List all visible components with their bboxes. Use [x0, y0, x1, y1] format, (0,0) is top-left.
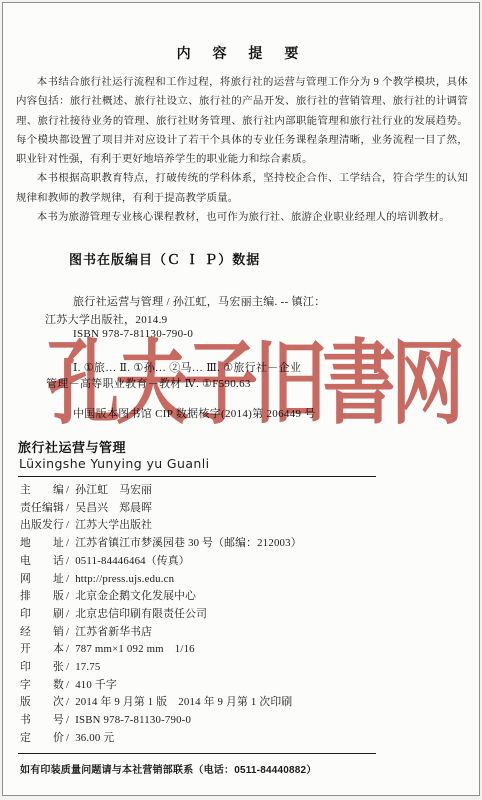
- cip-isbn-line: ISBN 978-7-81130-790-0: [73, 328, 193, 340]
- colophon-row: 版 次/2014 年 9 月第 1 版 2014 年 9 月第 1 次印刷: [20, 694, 466, 712]
- content-summary-section: 内 容 提 要 本书结合旅行社运行流程和工作过程，将旅行社的运营与管理工作分为 …: [16, 43, 468, 227]
- colophon-row-value: http://press.ujs.edu.cn: [75, 573, 174, 585]
- colophon-row-separator: /: [66, 730, 75, 748]
- colophon-row-value: 江苏省镇江市梦溪园巷 30 号（邮编：212003）: [75, 537, 302, 549]
- cip-publisher-line: 江苏大学出版社，2014.9: [45, 311, 167, 327]
- colophon-row-label: 责任编辑: [20, 500, 66, 518]
- summary-title: 内 容 提 要: [16, 43, 468, 63]
- colophon-row-value: 410 千字: [75, 679, 117, 691]
- colophon-row-label: 经 销: [20, 624, 66, 642]
- colophon-row-separator: /: [66, 588, 75, 606]
- colophon-row-label: 定 价: [20, 730, 66, 748]
- colophon-row-label: 主 编: [20, 482, 66, 500]
- colophon-row-label: 印 刷: [20, 606, 66, 624]
- colophon-row-label: 地 址: [20, 535, 66, 553]
- colophon-row-separator: /: [66, 641, 75, 659]
- colophon-row-label: 电 话: [20, 553, 66, 571]
- colophon-row-value: 0511-84446464（传真）: [75, 555, 190, 567]
- colophon-row-separator: /: [66, 694, 75, 712]
- colophon-row-value: 江苏大学出版社: [75, 519, 152, 531]
- cip-heading: 图书在版编目（Ｃ Ｉ Ｐ）数据: [69, 249, 260, 268]
- colophon-row-value: 17.75: [75, 661, 100, 673]
- book-title-pinyin: Lüxingshe Yunying yu Guanli: [19, 456, 209, 471]
- colophon-section: 旅行社运营与管理 Lüxingshe Yunying yu Guanli 主 编…: [18, 437, 468, 782]
- colophon-row-separator: /: [66, 659, 75, 677]
- colophon-row-value: 北京金企鹅文化发展中心: [75, 590, 196, 602]
- colophon-row-separator: /: [66, 606, 75, 624]
- colophon-row-separator: /: [66, 482, 75, 500]
- colophon-row: 经 销/江苏省新华书店: [20, 624, 466, 642]
- colophon-row: 书 号/ISBN 978-7-81130-790-0: [20, 712, 466, 730]
- colophon-row: 出版发行/江苏大学出版社: [20, 517, 466, 535]
- colophon-row-value: 北京忠信印刷有限责任公司: [75, 608, 207, 620]
- book-title: 旅行社运营与管理: [18, 437, 126, 456]
- cip-classification-line-2: 管理－高等职业教育－教材 Ⅳ. ①F590.63: [46, 375, 251, 391]
- colophon-row-label: 开 本: [20, 641, 66, 659]
- cip-record-number-line: 中国版本图书馆 CIP 数据核字(2014)第 206449 号: [73, 405, 316, 421]
- colophon-row: 责任编辑/吴昌兴 郑晨晖: [20, 500, 466, 518]
- colophon-row-separator: /: [66, 677, 75, 695]
- colophon-row: 印 张/17.75: [20, 659, 466, 677]
- colophon-row-separator: /: [66, 553, 75, 571]
- colophon-row-separator: /: [66, 712, 75, 730]
- colophon-row-label: 出版发行: [20, 517, 66, 535]
- colophon-row: 电 话/0511-84446464（传真）: [20, 553, 466, 571]
- colophon-row-value: 2014 年 9 月第 1 版 2014 年 9 月第 1 次印刷: [75, 696, 292, 708]
- colophon-row: 主 编/孙江虹 马宏丽: [20, 482, 466, 500]
- cip-title-line: 旅行社运营与管理 / 孙江虹，马宏丽主编. -- 镇江：: [73, 293, 326, 309]
- summary-paragraph: 本书结合旅行社运行流程和工作过程，将旅行社的运营与管理工作分为 9 个教学模块，…: [16, 73, 468, 169]
- colophon-row-label: 书 号: [20, 712, 66, 730]
- colophon-row-separator: /: [66, 571, 75, 589]
- divider-rule-bottom: [18, 753, 376, 754]
- colophon-row-label: 网 址: [20, 571, 66, 589]
- colophon-row: 字 数/410 千字: [20, 677, 466, 695]
- colophon-row: 网 址/http://press.ujs.edu.cn: [20, 571, 466, 589]
- colophon-row: 排 版/北京金企鹅文化发展中心: [20, 588, 466, 606]
- colophon-row: 印 刷/北京忠信印刷有限责任公司: [20, 606, 466, 624]
- summary-paragraph: 本书根据高职教育特点，打破传统的学科体系，坚持校企合作、工学结合，符合学生的认知…: [16, 169, 468, 208]
- colophon-row-separator: /: [66, 624, 75, 642]
- colophon-row-value: ISBN 978-7-81130-790-0: [75, 714, 191, 726]
- colophon-row: 地 址/江苏省镇江市梦溪园巷 30 号（邮编：212003）: [20, 535, 466, 553]
- colophon-row-value: 36.00 元: [75, 732, 114, 744]
- colophon-row-value: 787 mm×1 092 mm 1/16: [75, 643, 195, 655]
- divider-rule-top: [18, 476, 376, 477]
- colophon-row: 开 本/787 mm×1 092 mm 1/16: [20, 641, 466, 659]
- colophon-row-separator: /: [66, 535, 75, 553]
- colophon-row-label: 字 数: [20, 677, 66, 695]
- colophon-row-label: 排 版: [20, 588, 66, 606]
- colophon-row-value: 吴昌兴 郑晨晖: [75, 502, 152, 514]
- colophon-rows: 主 编/孙江虹 马宏丽责任编辑/吴昌兴 郑晨晖出版发行/江苏大学出版社地 址/江…: [20, 482, 466, 748]
- cip-data-section: 图书在版编目（Ｃ Ｉ Ｐ）数据 旅行社运营与管理 / 孙江虹，马宏丽主编. --…: [3, 249, 479, 429]
- colophon-row-label: 版 次: [20, 694, 66, 712]
- book-copyright-page: 内 容 提 要 本书结合旅行社运行流程和工作过程，将旅行社的运营与管理工作分为 …: [2, 2, 480, 796]
- colophon-row-value: 孙江虹 马宏丽: [75, 484, 152, 496]
- cip-classification-line-1: Ⅰ. ①旅… Ⅱ. ①孙… ②马… Ⅲ. ①旅行社－企业: [73, 359, 301, 375]
- colophon-row-separator: /: [66, 500, 75, 518]
- summary-paragraph: 本书为旅游管理专业核心课程教材，也可作为旅行社、旅游企业职业经理人的培训教材。: [16, 208, 468, 227]
- colophon-row-value: 江苏省新华书店: [75, 626, 152, 638]
- print-quality-note: 如有印装质量问题请与本社营销部联系（电话：0511-84440882）: [20, 761, 317, 776]
- colophon-row-separator: /: [66, 517, 75, 535]
- colophon-row-label: 印 张: [20, 659, 66, 677]
- colophon-row: 定 价/36.00 元: [20, 730, 466, 748]
